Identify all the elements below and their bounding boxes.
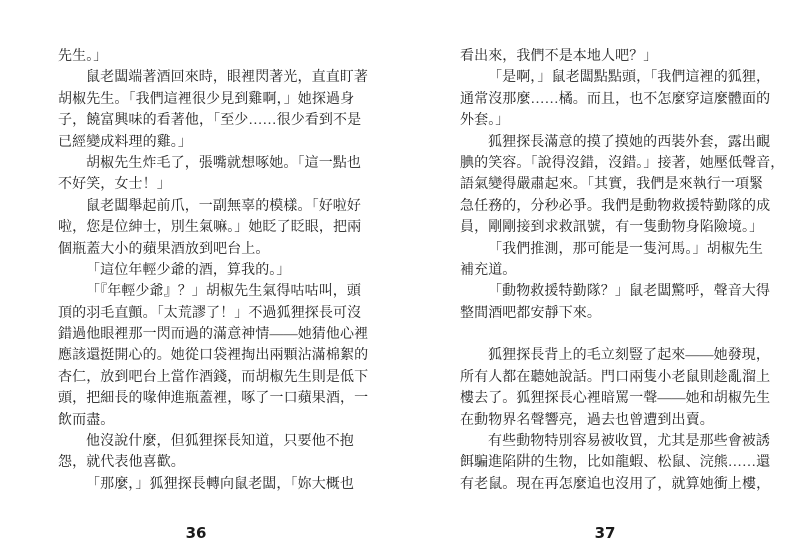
text-line: 頂的羽毛直顫。「太荒謬了！」不過狐狸探長可沒 [58, 303, 374, 324]
text-line: 所有人都在聽她說話。門口兩隻小老鼠則趁亂溜上 [460, 367, 776, 388]
text-line: 他沒說什麼，但狐狸探長知道，只要他不抱 [58, 431, 374, 452]
text-line: 語氣變得嚴肅起來。「其實，我們是來執行一項緊 [460, 174, 776, 195]
page-36-text: 先生。」鼠老闆端著酒回來時，眼裡閃著光，直直盯著胡椒先生。「我們這裡很少見到雞啊… [58, 46, 374, 495]
text-line: 看出來，我們不是本地人吧？」 [460, 46, 776, 67]
text-line: 錯過他眼裡那一閃而過的滿意神情——她猜他心裡 [58, 324, 374, 345]
text-line: 個瓶蓋大小的蘋果酒放到吧台上。 [58, 239, 374, 260]
text-line: 已經變成料理的雞。」 [58, 132, 374, 153]
text-line: 胡椒先生。「我們這裡很少見到雞啊，」她探過身 [58, 89, 374, 110]
text-line: 「這位年輕少爺的酒，算我的。」 [58, 260, 374, 281]
blank-line [460, 324, 776, 345]
text-line: 在動物界名聲響亮，過去也曾遭到出賣。 [460, 410, 776, 431]
page-36-number: 36 [174, 524, 218, 542]
text-line: 頭，把細長的喙伸進瓶蓋裡，啄了一口蘋果酒，一 [58, 388, 374, 409]
text-line: 「那麼，」狐狸探長轉向鼠老闆，「妳大概也 [58, 474, 374, 495]
text-line: 杏仁，放到吧台上當作酒錢，而胡椒先生則是低下 [58, 367, 374, 388]
page-37-text: 看出來，我們不是本地人吧？」「是啊，」鼠老闆點點頭，「我們這裡的狐狸，通常沒那麼… [460, 46, 776, 495]
text-line: 胡椒先生炸毛了，張嘴就想啄她。「這一點也 [58, 153, 374, 174]
text-line: 「我們推測，那可能是一隻河馬。」胡椒先生 [460, 239, 776, 260]
text-line: 啦，您是位紳士，別生氣嘛。」她眨了眨眼，把兩 [58, 217, 374, 238]
text-line: 有老鼠。現在再怎麼追也沒用了，就算她衝上樓， [460, 474, 776, 495]
text-line: 員，剛剛接到求救訊號，有一隻動物身陷險境。」 [460, 217, 776, 238]
text-line: 怨，就代表他喜歡。 [58, 452, 374, 473]
page-37: 看出來，我們不是本地人吧？」「是啊，」鼠老闆點點頭，「我們這裡的狐狸，通常沒那麼… [460, 46, 776, 546]
text-line: 不好笑，女士！」 [58, 174, 374, 195]
text-line: 狐狸探長背上的毛立刻豎了起來——她發現， [460, 345, 776, 366]
text-line: 「『年輕少爺』？」胡椒先生氣得咕咕叫，頭 [58, 281, 374, 302]
page-37-number: 37 [583, 524, 627, 542]
book-spread: 先生。」鼠老闆端著酒回來時，眼裡閃著光，直直盯著胡椒先生。「我們這裡很少見到雞啊… [0, 0, 800, 560]
text-line: 「動物救援特勤隊？」鼠老闆驚呼，聲音大得 [460, 281, 776, 302]
text-line: 補充道。 [460, 260, 776, 281]
text-line: 飲而盡。 [58, 410, 374, 431]
text-line: 通常沒那麼……橘。而且，也不怎麼穿這麼體面的 [460, 89, 776, 110]
text-line: 餌騙進陷阱的生物，比如龍蝦、松鼠、浣熊……還 [460, 452, 776, 473]
text-line: 先生。」 [58, 46, 374, 67]
text-line: 鼠老闆端著酒回來時，眼裡閃著光，直直盯著 [58, 67, 374, 88]
text-line: 狐狸探長滿意的摸了摸她的西裝外套，露出靦 [460, 132, 776, 153]
text-line: 子，饒富興味的看著他，「至少……很少看到不是 [58, 110, 374, 131]
text-line: 整間酒吧都安靜下來。 [460, 303, 776, 324]
text-line: 急任務的，分秒必爭。我們是動物救援特勤隊的成 [460, 196, 776, 217]
text-line: 腆的笑容。「說得沒錯，沒錯。」接著，她壓低聲音， [460, 153, 776, 174]
text-line: 外套。」 [460, 110, 776, 131]
text-line: 有些動物特別容易被收買，尤其是那些會被誘 [460, 431, 776, 452]
text-line: 鼠老闆舉起前爪，一副無辜的模樣。「好啦好 [58, 196, 374, 217]
text-line: 樓去了。狐狸探長心裡暗罵一聲——她和胡椒先生 [460, 388, 776, 409]
text-line: 「是啊，」鼠老闆點點頭，「我們這裡的狐狸， [460, 67, 776, 88]
page-36: 先生。」鼠老闆端著酒回來時，眼裡閃著光，直直盯著胡椒先生。「我們這裡很少見到雞啊… [58, 46, 374, 546]
text-line: 應該還挺開心的。她從口袋裡掏出兩顆沾滿棉絮的 [58, 345, 374, 366]
